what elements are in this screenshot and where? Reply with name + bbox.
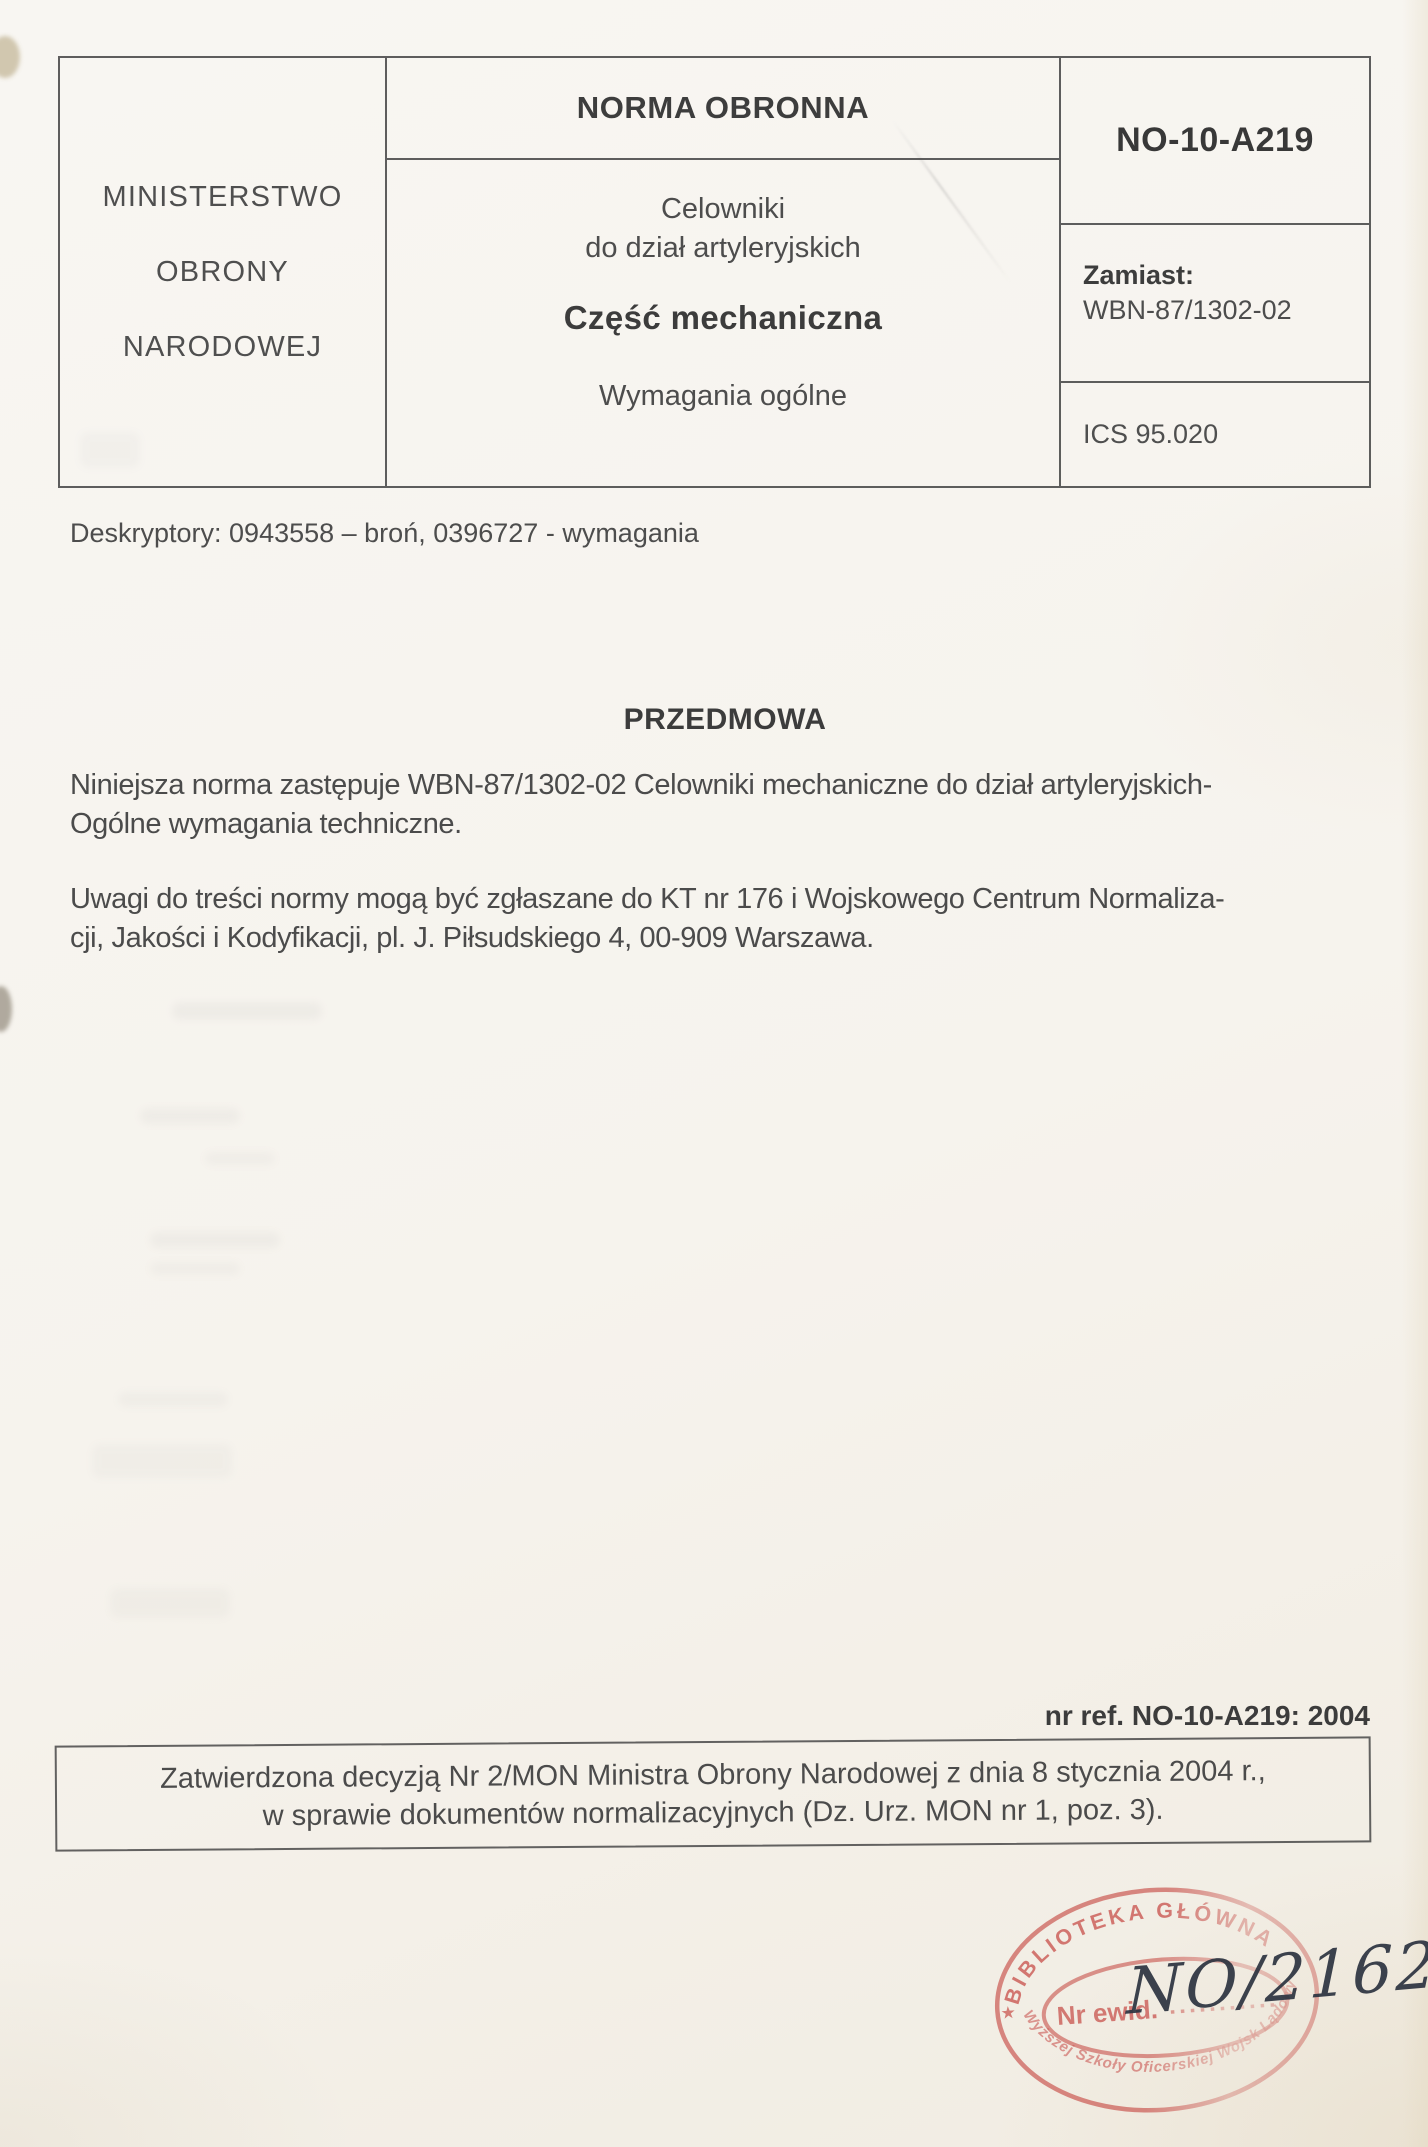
bleedthrough-smudge xyxy=(118,1392,228,1407)
scan-blob-artifact xyxy=(0,986,12,1032)
preface-paragraph-2: Uwagi do treści normy mogą być zgłaszane… xyxy=(70,880,1388,958)
document-page: MINISTERSTWO OBRONY NARODOWEJ NORMA OBRO… xyxy=(0,0,1428,2147)
ministry-line: MINISTERSTWO xyxy=(103,178,343,216)
title-line: do dział artyleryjskich xyxy=(585,229,861,268)
ics-cell: ICS 95.020 xyxy=(1061,383,1369,486)
ministry-line: OBRONY xyxy=(156,253,289,291)
scan-edge-shadow xyxy=(1402,0,1428,2147)
header-table: MINISTERSTWO OBRONY NARODOWEJ NORMA OBRO… xyxy=(58,56,1371,488)
bleedthrough-smudge xyxy=(92,1444,232,1478)
text-line: Niniejsza norma zastępuje WBN-87/1302-02… xyxy=(70,766,1388,805)
bleedthrough-smudge xyxy=(140,1108,240,1124)
star-icon: ★ xyxy=(1000,2003,1017,2024)
reference-column: NO-10-A219 Zamiast: WBN-87/1302-02 ICS 9… xyxy=(1061,58,1369,486)
title-part: Część mechaniczna xyxy=(564,299,883,337)
descriptors-line: Deskryptory: 0943558 – broń, 0396727 - w… xyxy=(70,518,699,549)
replaces-value: WBN-87/1302-02 xyxy=(1083,293,1359,328)
replaces-cell: Zamiast: WBN-87/1302-02 xyxy=(1061,225,1369,383)
bleedthrough-smudge xyxy=(110,1588,230,1618)
bleedthrough-smudge xyxy=(150,1262,240,1275)
ministry-block: MINISTERSTWO OBRONY NARODOWEJ xyxy=(60,58,387,486)
bleedthrough-smudge xyxy=(205,1152,275,1165)
text-line: Ogólne wymagania techniczne. xyxy=(70,805,1388,844)
title-column: NORMA OBRONNA Celowniki do dział artyler… xyxy=(387,58,1061,486)
replaces-label: Zamiast: xyxy=(1083,258,1359,293)
bleedthrough-smudge xyxy=(172,1002,322,1020)
text-line: Uwagi do treści normy mogą być zgłaszane… xyxy=(70,880,1388,919)
preface-heading: PRZEDMOWA xyxy=(70,703,1380,737)
scan-blob-artifact xyxy=(0,36,20,78)
title-line: Celowniki xyxy=(661,190,785,229)
norm-type-cell: NORMA OBRONNA xyxy=(387,58,1059,160)
reference-line: nr ref. NO-10-A219: 2004 xyxy=(1045,1700,1370,1732)
title-cell: Celowniki do dział artyleryjskich Część … xyxy=(387,160,1059,486)
bleedthrough-smudge xyxy=(150,1232,280,1248)
preface-paragraph-1: Niniejsza norma zastępuje WBN-87/1302-02… xyxy=(70,766,1388,844)
approval-box: Zatwierdzona decyzją Nr 2/MON Ministra O… xyxy=(55,1736,1372,1851)
text-line: cji, Jakości i Kodyfikacji, pl. J. Piłsu… xyxy=(70,919,1388,958)
title-subtitle: Wymagania ogólne xyxy=(599,380,847,413)
ministry-line: NARODOWEJ xyxy=(123,328,322,366)
approval-line: w sprawie dokumentów normalizacyjnych (D… xyxy=(263,1791,1164,1835)
norm-number-cell: NO-10-A219 xyxy=(1061,58,1369,225)
